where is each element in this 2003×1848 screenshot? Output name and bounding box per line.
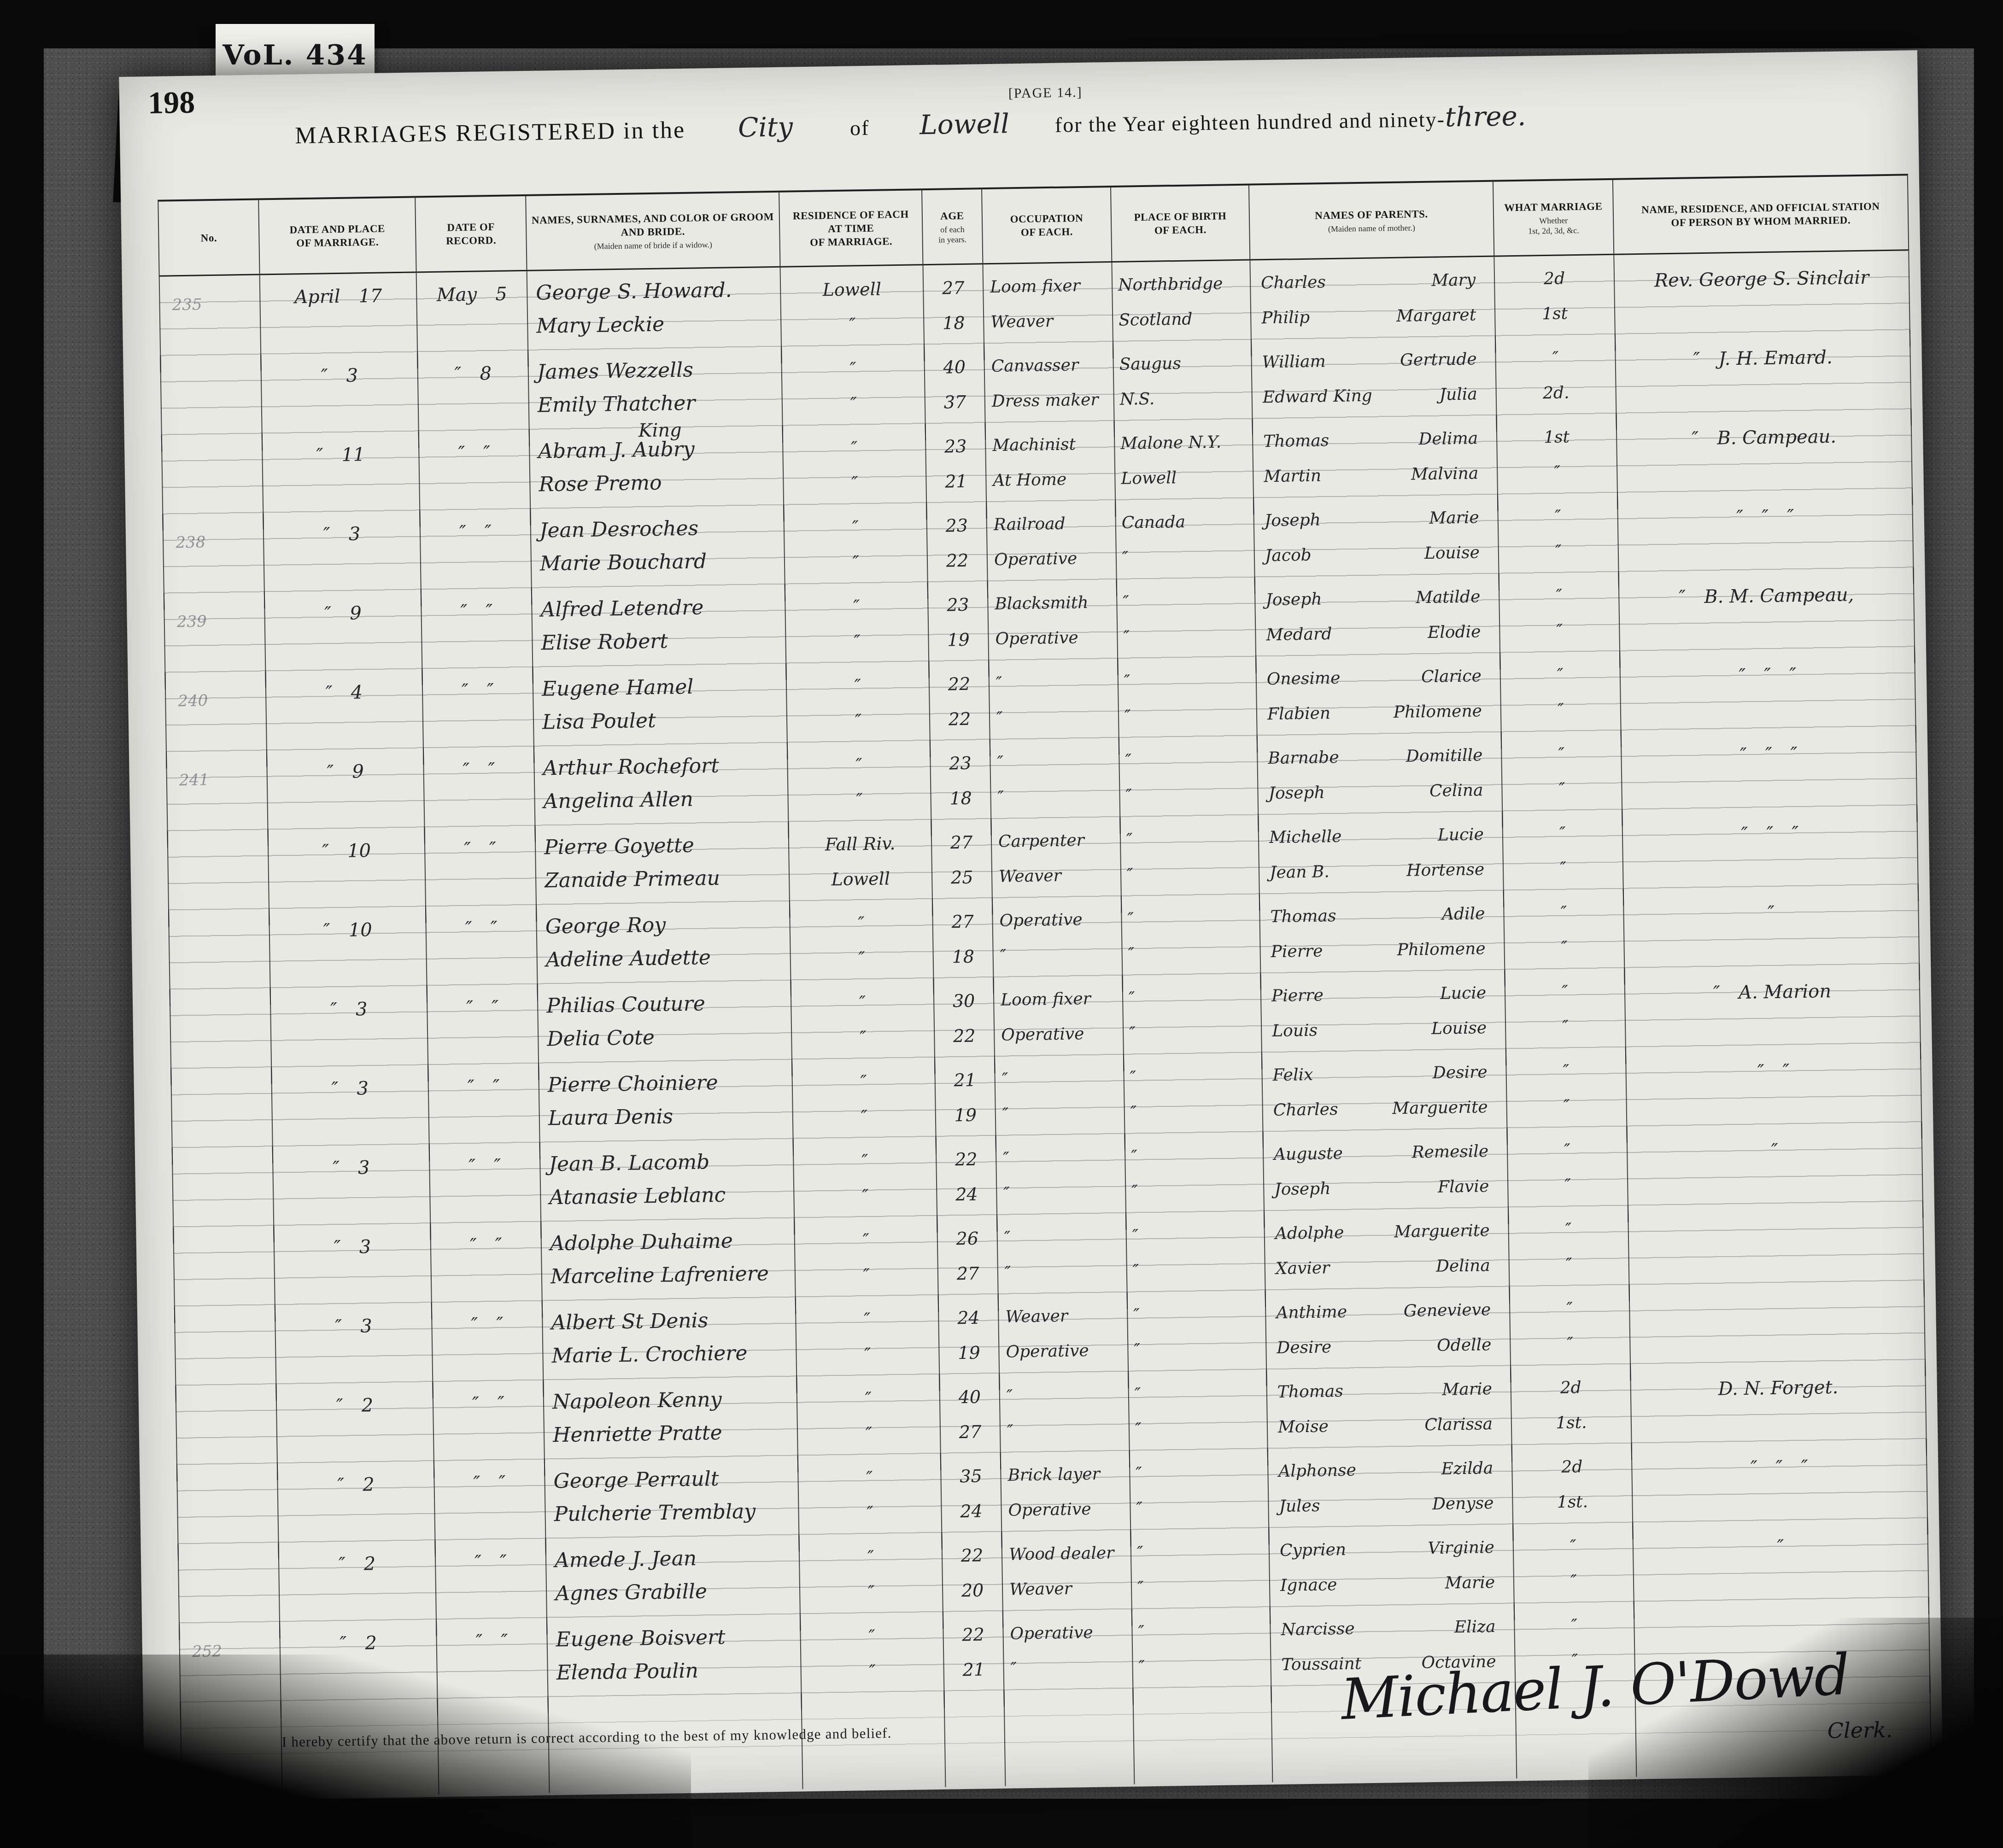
groom-name: James Wezzells	[537, 352, 781, 389]
groom-father: Joseph	[1264, 503, 1321, 538]
groom-name: Albert St Denis	[551, 1303, 796, 1339]
bride-mother: Elodie	[1428, 614, 1481, 650]
bride-father: Charles	[1273, 1092, 1338, 1128]
groom-father: Joseph	[1265, 582, 1322, 618]
groom-name: George Roy	[545, 907, 790, 944]
col-header-residence: RESIDENCE OF EACH AT TIME OF MARRIAGE.	[779, 190, 923, 266]
bride-father: Jacob	[1265, 538, 1312, 573]
groom-mother: Delima	[1418, 421, 1478, 457]
groom-father: Onesime	[1266, 661, 1341, 697]
col-header-names: NAMES, SURNAMES, AND COLOR OF GROOM AND …	[526, 193, 780, 270]
bride-mother: Margaret	[1396, 298, 1476, 334]
groom-father: William	[1262, 344, 1326, 380]
year-suffix-handwritten: three.	[1445, 100, 1526, 133]
groom-mother: Domitille	[1406, 738, 1483, 774]
bride-name: Marie Bouchard	[539, 544, 784, 581]
bride-name: Agnes Grabille	[555, 1573, 800, 1610]
groom-mother: Desire	[1432, 1055, 1488, 1091]
col-header-by-whom-married: NAME, RESIDENCE, AND OFFICIAL STATION OF…	[1613, 175, 1909, 253]
bride-father: Philip	[1261, 300, 1310, 336]
cell-birthplaces	[1133, 1686, 1273, 1784]
groom-father: Narcisse	[1281, 1612, 1355, 1648]
bride-name: Emily Thatcher	[537, 386, 782, 422]
register-rows: 235 April 17 May 5 George S. Howard. Mar…	[159, 251, 1932, 1772]
bride-name: Angelina Allen	[543, 782, 788, 819]
groom-name: Eugene Boisvert	[556, 1620, 800, 1656]
bride-name: Marie L. Crochiere	[551, 1336, 796, 1373]
groom-father: Michelle	[1269, 819, 1341, 855]
bride-father: Jean B.	[1270, 854, 1330, 890]
groom-mother: Lucie	[1437, 817, 1484, 853]
bride-name: Adeline Audette	[545, 940, 790, 977]
groom-name: George Perrault	[553, 1461, 798, 1498]
groom-mother: Matilde	[1416, 579, 1481, 615]
groom-father: Cyprien	[1279, 1532, 1346, 1568]
groom-name: Amede J. Jean	[555, 1540, 799, 1577]
groom-name: George S. Howard.	[536, 273, 780, 310]
bride-name: Lisa Poulet	[542, 702, 787, 739]
groom-father: Thomas	[1270, 899, 1336, 935]
groom-name: Jean Desroches	[539, 511, 784, 548]
bride-mother: Flavie	[1438, 1169, 1489, 1205]
groom-name: Eugene Hamel	[542, 669, 786, 706]
bride-father: Ignace	[1280, 1567, 1338, 1603]
groom-name: Arthur Rochefort	[543, 749, 787, 785]
col-header-occupation: OCCUPATION OF EACH.	[982, 187, 1112, 263]
col-header-no: No.	[158, 200, 260, 275]
page-note: [PAGE 14.]	[1008, 85, 1083, 101]
groom-name: Napoleon Kenny	[552, 1382, 797, 1419]
groom-mother: Adile	[1442, 896, 1485, 932]
bride-father: Joseph	[1268, 775, 1325, 811]
volume-label: VoL. 434	[223, 39, 367, 71]
bride-mother: Celina	[1429, 773, 1483, 809]
bride-name: Pulcherie Tremblay	[554, 1494, 798, 1531]
groom-mother: Eliza	[1454, 1609, 1496, 1645]
page-title: MARRIAGES REGISTERED in the City of Lowe…	[295, 95, 1871, 150]
bride-father: Desire	[1277, 1330, 1332, 1366]
bride-mother: Louise	[1424, 535, 1480, 571]
groom-father: Pierre	[1271, 978, 1324, 1014]
groom-father: Auguste	[1274, 1136, 1343, 1172]
bride-father: Moise	[1277, 1409, 1329, 1445]
bride-name: Delia Cote	[547, 1019, 791, 1056]
groom-mother: Ezilda	[1441, 1451, 1493, 1487]
bride-father: Edward King	[1262, 379, 1372, 415]
groom-father: Alphonse	[1278, 1453, 1356, 1489]
bride-father: Pierre	[1271, 934, 1323, 970]
groom-mother: Virginie	[1428, 1530, 1495, 1566]
groom-father: Thomas	[1277, 1374, 1343, 1410]
title-prefix: MARRIAGES REGISTERED in the	[295, 117, 686, 149]
bride-name: Marceline Lafreniere	[550, 1257, 795, 1293]
bride-mother	[1497, 1724, 1498, 1759]
groom-father: Thomas	[1263, 423, 1329, 459]
bride-father: Flabien	[1267, 696, 1330, 732]
bride-mother: Philomene	[1397, 931, 1486, 968]
bride-name: Atanasie Leblanc	[549, 1178, 794, 1215]
bride-father: Medard	[1266, 617, 1332, 653]
place-name-handwritten: Lowell	[920, 108, 1010, 140]
shadow-bottom-right	[1588, 1618, 2003, 1848]
groom-mother: Marie	[1442, 1372, 1492, 1408]
scanned-register-page: VoL. 434 198 [PAGE 14.] MARRIAGES REGIST…	[0, 0, 2003, 1848]
title-of: of	[850, 116, 870, 140]
bride-mother: Philomene	[1393, 694, 1482, 730]
bride-father	[1283, 1727, 1283, 1762]
groom-father: Adolphe	[1275, 1216, 1344, 1251]
bride-mother: Marie	[1445, 1565, 1495, 1601]
groom-mother: Marie	[1429, 500, 1479, 536]
groom-mother: Marguerite	[1394, 1213, 1490, 1250]
bride-father: Xavier	[1275, 1251, 1330, 1287]
film-border-right	[1974, 0, 2003, 1848]
bride-mother: Julia	[1439, 377, 1477, 412]
bride-mother: Clarissa	[1424, 1407, 1493, 1443]
groom-father: Felix	[1272, 1058, 1313, 1093]
groom-name: Abram J. Aubry	[538, 432, 783, 468]
groom-name: Pierre Goyette	[544, 828, 789, 865]
bride-mother: Denyse	[1432, 1486, 1494, 1522]
groom-mother: Clarice	[1421, 659, 1482, 695]
groom-mother: Genevieve	[1403, 1292, 1491, 1329]
bride-name: Zanaide Primeau	[545, 861, 789, 898]
bride-name: Elise Robert	[541, 623, 785, 660]
bride-name: Laura Denis	[548, 1099, 792, 1135]
groom-father: Anthime	[1276, 1295, 1347, 1331]
bride-mother: Odelle	[1437, 1328, 1492, 1363]
shadow-bottom-left	[0, 1655, 691, 1848]
bride-father: Martin	[1264, 458, 1322, 494]
register-paper: 198 [PAGE 14.] MARRIAGES REGISTERED in t…	[119, 50, 1943, 1801]
col-header-date-place: DATE AND PLACE OF MARRIAGE.	[259, 198, 416, 274]
bride-mother: Marguerite	[1392, 1090, 1488, 1126]
groom-mother: Lucie	[1440, 976, 1486, 1011]
col-header-parents: NAMES OF PARENTS. (Maiden name of mother…	[1249, 182, 1494, 259]
marriage-register-table: No. DATE AND PLACE OF MARRIAGE. DATE OF …	[158, 174, 1931, 1772]
bride-mother: Delina	[1435, 1248, 1490, 1284]
groom-mother: Remesile	[1411, 1134, 1489, 1170]
groom-name: Philias Couture	[546, 986, 791, 1023]
cell-ages	[944, 1690, 1006, 1787]
bride-mother: Malvina	[1411, 456, 1478, 492]
groom-name: Jean B. Lacomb	[549, 1145, 793, 1181]
groom-mother: Gertrude	[1400, 342, 1477, 378]
place-type-handwritten: City	[738, 111, 793, 143]
bride-father: Joseph	[1274, 1171, 1331, 1207]
bride-father: Jules	[1279, 1489, 1320, 1524]
bride-father: Louis	[1272, 1013, 1318, 1049]
groom-mother: Mary	[1431, 263, 1476, 298]
col-header-age: AGE of each in years.	[922, 189, 983, 264]
bride-name: Rose Premo	[539, 465, 783, 502]
col-header-date-record: DATE OF RECORD.	[416, 196, 527, 272]
page-number: 198	[147, 84, 195, 122]
groom-father	[1282, 1692, 1283, 1727]
bride-mother: Hortense	[1406, 852, 1485, 888]
bride-mother: Louise	[1431, 1011, 1487, 1047]
bride-name: Mary Leckie	[536, 306, 781, 343]
col-header-birthplace: PLACE OF BIRTH OF EACH.	[1111, 186, 1250, 261]
groom-name: Alfred Letendre	[540, 590, 785, 627]
film-border-left	[0, 0, 44, 1848]
bride-name: Henriette Pratte	[553, 1415, 797, 1452]
title-year-text: for the Year eighteen hundred and ninety…	[1054, 107, 1445, 137]
groom-father: Charles	[1261, 265, 1326, 301]
col-header-what-marriage: WHAT MARRIAGE Whether 1st, 2d, 3d, &c.	[1493, 180, 1614, 256]
groom-name: Adolphe Duhaime	[550, 1223, 794, 1260]
cell-occupations	[1004, 1689, 1135, 1786]
groom-name: Pierre Choiniere	[547, 1065, 792, 1102]
groom-father: Barnabe	[1268, 740, 1339, 776]
